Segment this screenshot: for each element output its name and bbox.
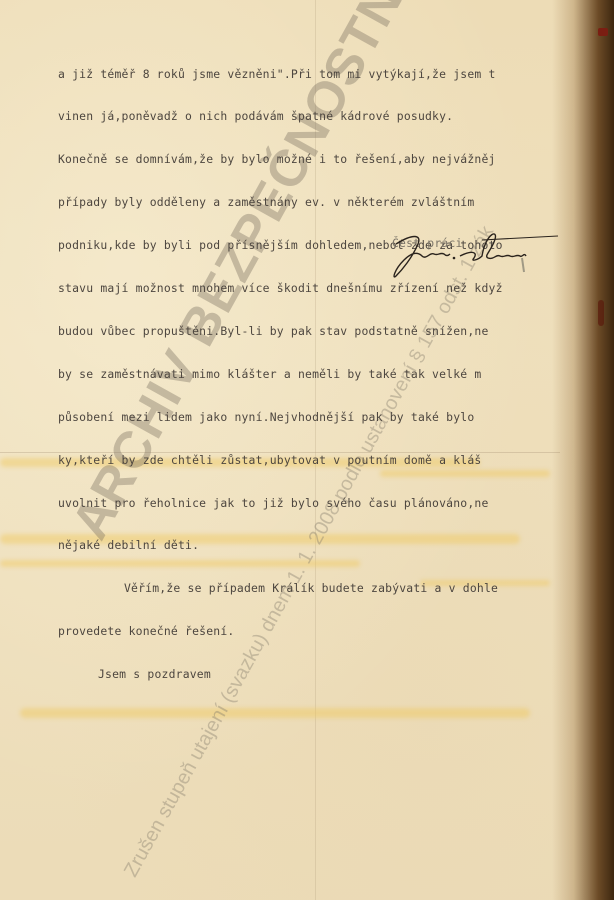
text-line: budou vůbec propuštěni.Byl-li by pak sta… [58,324,614,338]
text-line: Konečně se domnívám,že by bylo možné i t… [58,152,614,166]
text-line: by se zaměstnávati mimo klášter a neměli… [58,367,614,381]
text-line: stavu mají možnost mnohem více škodit dn… [58,281,614,295]
binding-mark [598,28,608,36]
text-line: ky,kteří by zde chtěli zůstat,ubytovat v… [58,453,614,467]
text-line: Věřím,že se případem Králík budete zabýv… [58,581,614,595]
binding-edge [552,0,614,900]
text-line: provedete konečné řešení. [58,624,614,638]
text-line: a již téměř 8 roků jsme vězněni".Při tom… [58,67,614,81]
text-line: uvolnit pro řeholnice jak to již bylo sv… [58,496,614,510]
handwritten-signature-icon [382,222,562,282]
closing-line: Jsem s pozdravem [58,667,614,681]
text-line: vinen já,poněvadž o nich podávám špatné … [58,109,614,123]
text-line: případy byly odděleny a zaměstnány ev. v… [58,195,614,209]
text-line: nějaké debilní děti. [58,538,614,552]
letter-body: a již téměř 8 roků jsme vězněni".Při tom… [58,38,614,710]
binding-mark [598,300,604,326]
document-page: ARCHIV BEZPEČNOSTNÍCH SL Zrušen stupeň u… [0,0,614,900]
text-line: působení mezi lidem jako nyní.Nejvhodněj… [58,410,614,424]
